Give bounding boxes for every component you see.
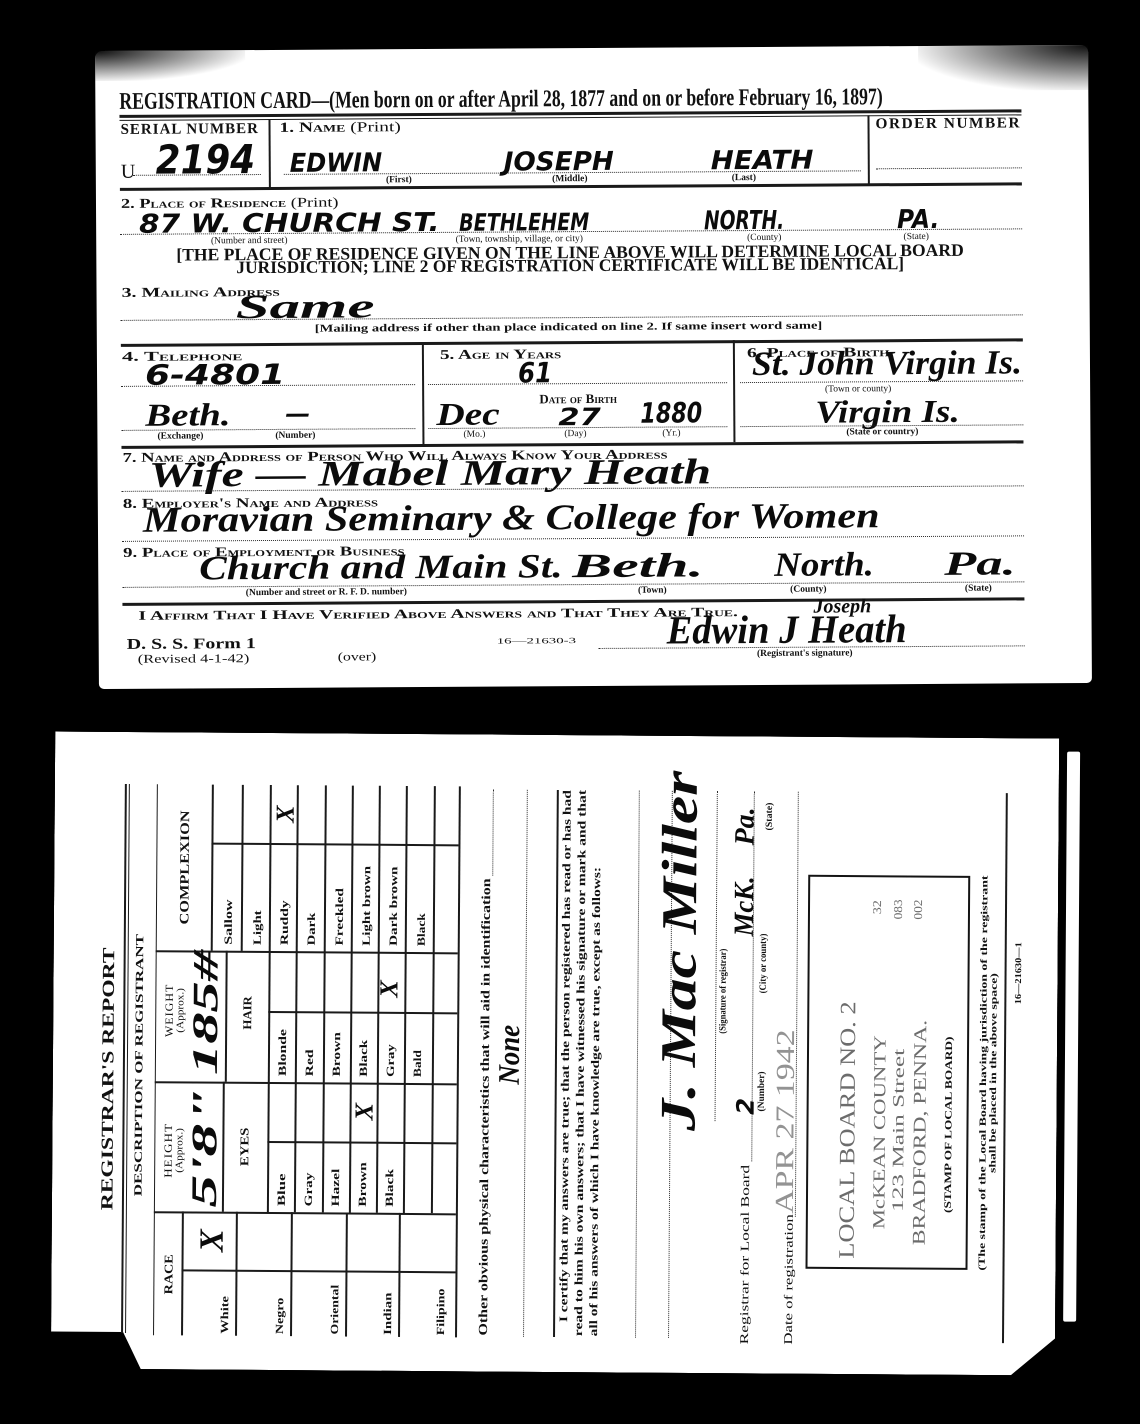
complexion-option-black: Black <box>416 913 427 946</box>
name-label-text: 1. Name <box>279 120 345 135</box>
registrant-signature: Edwin J Heath <box>666 609 906 650</box>
caption-employment-county: (County) <box>790 586 826 596</box>
caption-employment-state: (State) <box>965 585 992 595</box>
complexion-option-dark: Dark <box>306 913 317 946</box>
serial-number-value: 2194 <box>156 140 256 181</box>
caption-last: (Last) <box>732 174 756 184</box>
date-of-registration-stamp: APR 27 1942 <box>772 1029 799 1214</box>
hair-option-black: Black <box>358 1040 369 1077</box>
registration-card-front: REGISTRATION CARD—(Men born on or after … <box>95 45 1092 689</box>
race-option-oriental: Oriental <box>330 1285 341 1335</box>
stamp-code: 002 <box>912 900 924 920</box>
race-option-indian: Indian <box>383 1293 394 1335</box>
column-divider <box>867 115 869 184</box>
birth-day-value: 27 <box>558 405 601 429</box>
stamp-caption: (STAMP OF LOCAL BOARD) <box>944 1037 955 1213</box>
employment-state-value: Pa. <box>944 547 1016 581</box>
hair-option-gray: Gray <box>385 1044 396 1077</box>
caption-employment-street: (Number and street or R. F. D. number) <box>246 588 407 598</box>
print-code: 16—21630—1 <box>1014 942 1023 1004</box>
local-board-number-value: 2 <box>734 1098 758 1115</box>
eyes-mark-brown: X <box>351 1103 377 1121</box>
serial-number-label: SERIAL NUMBER <box>120 122 259 138</box>
caption-birth-state: (State or country) <box>846 428 918 438</box>
race-header: RACE <box>162 1254 174 1294</box>
eyes-header: EYES <box>238 1128 250 1167</box>
birth-month-value: Dec <box>436 398 500 430</box>
card-edge-strip <box>1063 752 1080 1322</box>
registrar-signature: J. Mac Miller <box>652 771 705 1131</box>
form-revised: (Revised 4-1-42) <box>138 652 250 665</box>
print-code: 16—21630-3 <box>497 637 576 645</box>
stamp-line-county: McKEAN COUNTY <box>870 1035 888 1229</box>
local-board-label: Registrar for Local Board <box>738 1165 751 1345</box>
hair-option-brown: Brown <box>331 1032 342 1077</box>
order-number-label: ORDER NUMBER <box>875 116 1021 132</box>
date-of-registration-label: Date of registration <box>782 1214 795 1345</box>
eyes-option-brown: Brown <box>357 1162 368 1207</box>
stamp-line-street: 123 Main Street <box>891 1049 908 1212</box>
jurisdiction-notice-line2: JURISDICTION; LINE 2 OF REGISTRATION CER… <box>236 255 904 277</box>
employment-county-value: North. <box>774 548 874 583</box>
registrars-report-card-back: REGISTRAR'S REPORT DESCRIPTION OF REGIST… <box>51 732 1085 1376</box>
eyes-option-black: Black <box>384 1169 395 1207</box>
birth-year-value: 1880 <box>640 399 702 427</box>
eyes-option-blue: Blue <box>276 1173 287 1206</box>
complexion-header: COMPLEXION <box>177 810 191 924</box>
caption-year: (Yr.) <box>662 429 680 439</box>
race-mark-white: X <box>196 1229 230 1252</box>
residence-label-note: (Print) <box>286 194 338 209</box>
hair-option-bald: Bald <box>412 1050 423 1077</box>
race-option-white: White <box>220 1296 231 1334</box>
race-option-filipino: Filipino <box>436 1289 447 1336</box>
weight-value: 185# <box>187 950 224 1075</box>
affirmation-text: I Affirm That I Have Verified Above Answ… <box>138 605 737 622</box>
caption-exchange-number: (Number) <box>275 432 315 442</box>
complexion-option-ruddy: Ruddy <box>279 900 290 945</box>
employment-street-value: Church and Main St. <box>199 550 563 586</box>
employment-town-value: Beth. <box>572 549 704 584</box>
other-characteristics-value: None <box>495 1025 525 1085</box>
stamp-line-city: BRADFORD, PENNA. <box>910 1020 930 1246</box>
report-title: REGISTRAR'S REPORT <box>98 948 117 1211</box>
caption-employment-town: (Town) <box>638 587 667 597</box>
caption-registrant-signature: (Registrant's signature) <box>757 649 853 659</box>
stamp-line-board: LOCAL BOARD NO. 2 <box>836 1001 860 1258</box>
scan-shadow-left <box>95 50 245 81</box>
stamp-code: 083 <box>892 899 904 919</box>
report-subtitle: DESCRIPTION OF REGISTRANT <box>133 934 146 1196</box>
local-board-state-value: Pa. <box>731 807 759 845</box>
hair-option-blonde: Blonde <box>277 1029 288 1076</box>
over-note: (over) <box>338 650 377 662</box>
other-characteristics-label: Other obvious physical characteristics t… <box>477 878 493 1335</box>
birth-state-value: Virgin Is. <box>815 395 960 428</box>
complexion-option-light-brown: Light brown <box>361 866 373 946</box>
complexion-mark-ruddy: X <box>272 805 298 823</box>
eyes-option-hazel: Hazel <box>330 1169 341 1207</box>
telephone-exchange-number-value: — <box>285 402 310 426</box>
employer-value: Moravian Seminary & College for Women <box>143 497 880 537</box>
complexion-option-sallow: Sallow <box>223 899 234 944</box>
caption-local-board-state: (State) <box>766 803 776 831</box>
middle-name-value: JOSEPH <box>504 149 614 176</box>
caption-registrar-signature: (Signature of registrar) <box>719 949 729 1034</box>
last-name-value: HEATH <box>711 148 814 175</box>
caption-local-board-number: (Number) <box>758 1071 768 1111</box>
stamp-code: 32 <box>871 900 883 914</box>
height-value: 5'8" <box>186 1087 223 1207</box>
hair-mark-gray: X <box>376 980 402 998</box>
complexion-option-freckled: Freckled <box>334 888 345 946</box>
complexion-option-dark-brown: Dark brown <box>388 866 400 945</box>
caption-day: (Day) <box>564 430 586 440</box>
caption-first: (First) <box>386 176 412 186</box>
hair-header: HAIR <box>241 996 253 1029</box>
race-option-negro: Negro <box>275 1298 286 1334</box>
caption-local-board-city: (City or county) <box>760 934 770 994</box>
serial-prefix: U <box>121 161 136 181</box>
stamp-note-line2: shall be placed in the above space) <box>989 973 1000 1173</box>
birth-town-value: St. John Virgin Is. <box>752 346 1022 382</box>
eyes-option-gray: Gray <box>303 1173 314 1207</box>
hair-option-red: Red <box>304 1049 315 1076</box>
caption-exchange: (Exchange) <box>157 432 203 442</box>
contact-value: Wife — Mabel Mary Heath <box>149 453 712 492</box>
caption-month: (Mo.) <box>463 431 485 441</box>
first-name-value: EDWIN <box>290 150 383 177</box>
local-board-city-value: McK. <box>731 876 759 936</box>
column-divider <box>268 119 270 188</box>
scan-shadow-right <box>918 45 1088 91</box>
complexion-option-light: Light <box>252 910 263 945</box>
name-label-note: (Print) <box>345 120 401 135</box>
telephone-exchange-value: Beth. <box>145 398 230 431</box>
caption-middle: (Middle) <box>552 175 587 185</box>
card-title: REGISTRATION CARD—(Men born on or after … <box>119 85 882 114</box>
name-label: 1. Name (Print) <box>279 121 400 136</box>
